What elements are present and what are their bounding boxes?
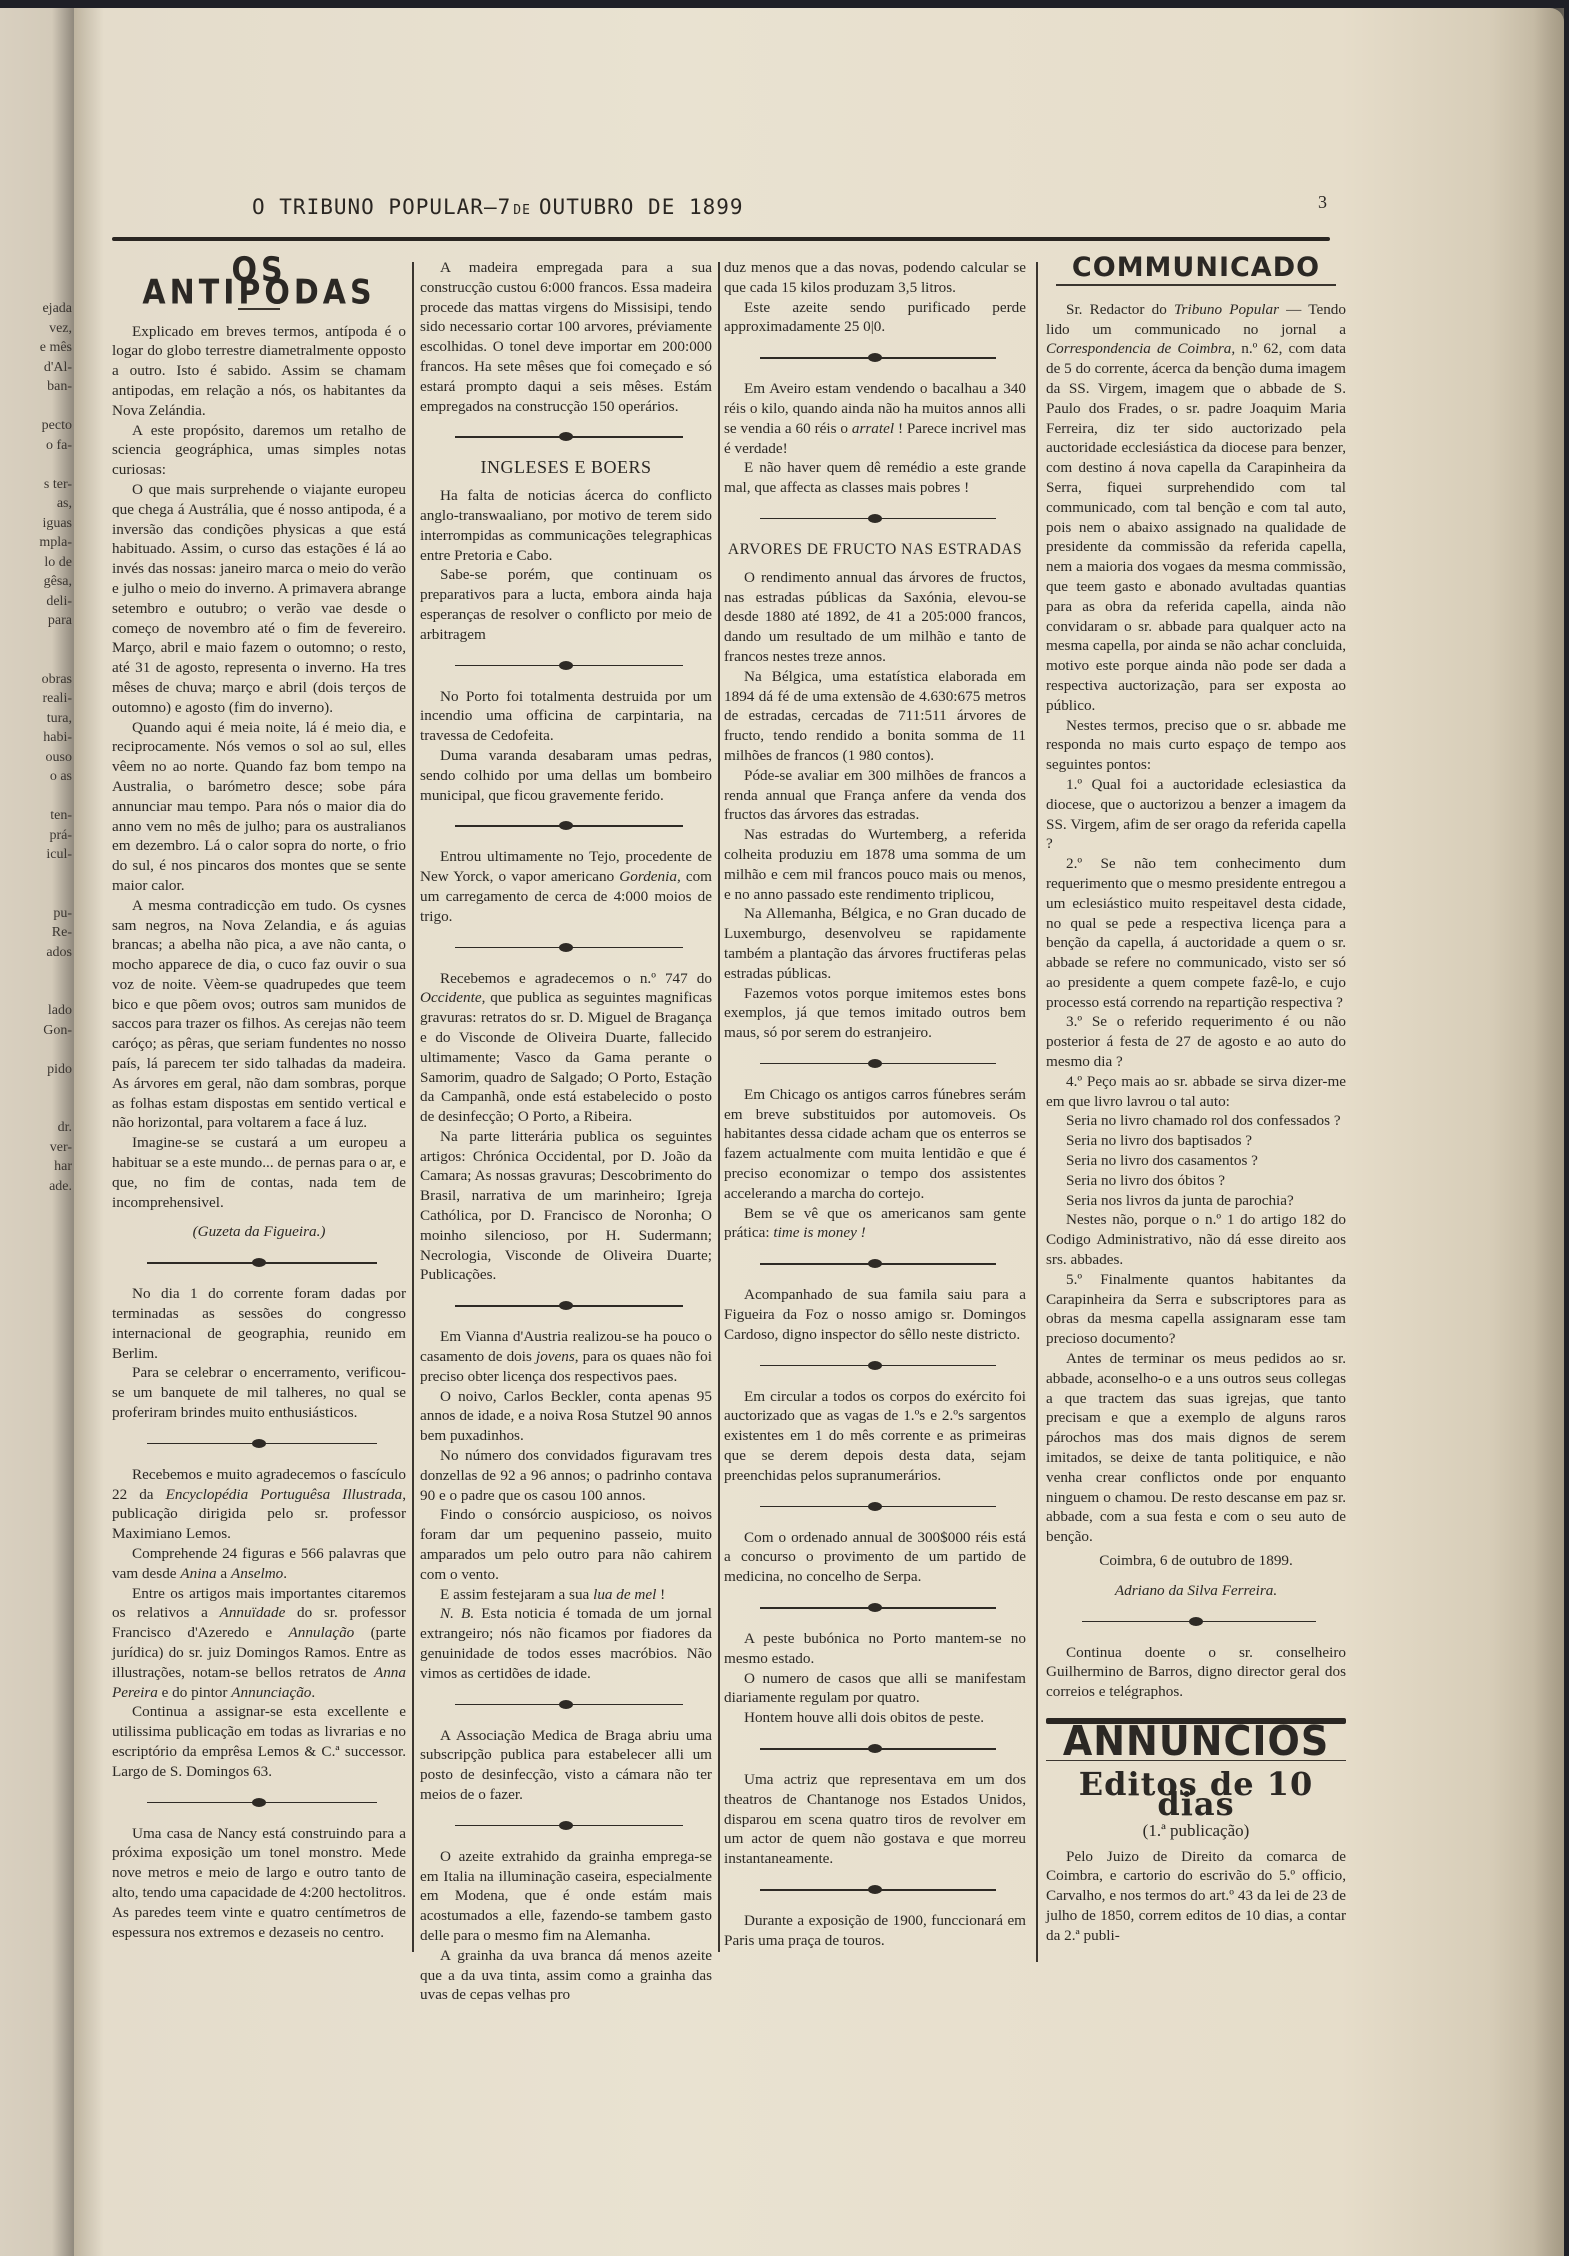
ornament-separator bbox=[112, 1433, 406, 1455]
paragraph: E assim festejaram a sua lua de mel ! bbox=[420, 1585, 712, 1605]
paragraph: 4.º Peço mais ao sr. abbade se sirva diz… bbox=[1046, 1072, 1346, 1112]
previous-page-text-fragment: as, bbox=[57, 495, 72, 513]
page-number: 3 bbox=[1318, 192, 1327, 213]
ornament-separator bbox=[724, 508, 1026, 530]
ornament-separator bbox=[420, 655, 712, 677]
ornament-separator bbox=[420, 937, 712, 959]
paragraph: 1.º Qual foi a auctoridade eclesiastica … bbox=[1046, 775, 1346, 854]
article-title-communicado: COMMUNICADO bbox=[1046, 258, 1346, 278]
previous-page-text-fragment: ade. bbox=[49, 1178, 72, 1196]
paragraph: Na Allemanha, Bélgica, e no Gran ducado … bbox=[724, 904, 1026, 983]
paragraph: Entre os artigos mais importantes citare… bbox=[112, 1584, 406, 1703]
paragraph: Em Vianna d'Austria realizou-se ha pouco… bbox=[420, 1327, 712, 1386]
letter-date: Coimbra, 6 de outubro de 1899. bbox=[1046, 1551, 1346, 1571]
column-rule bbox=[412, 262, 414, 1952]
paragraph: A peste bubónica no Porto mantem-se no m… bbox=[724, 1629, 1026, 1669]
paragraph: Em Chicago os antigos carros fúnebres se… bbox=[724, 1085, 1026, 1204]
paragraph: Hontem houve alli dois obitos de peste. bbox=[724, 1708, 1026, 1728]
previous-page-text-fragment: e mês bbox=[40, 339, 72, 357]
paragraph: Seria no livro chamado rol dos confessad… bbox=[1046, 1111, 1346, 1131]
column-3: duz menos que a das novas, podendo calcu… bbox=[724, 258, 1026, 1951]
paragraph: O azeite extrahido da grainha emprega-se… bbox=[420, 1847, 712, 1946]
previous-page-text-fragment: mpla- bbox=[39, 534, 72, 552]
ornament-separator bbox=[420, 1694, 712, 1716]
previous-page-text-fragment: d'Al- bbox=[44, 359, 72, 377]
ornament-separator bbox=[420, 1815, 712, 1837]
paragraph: Uma casa de Nancy está construindo para … bbox=[112, 1824, 406, 1943]
newspaper-title: O TRIBUNO POPULAR bbox=[252, 195, 484, 219]
masthead: O TRIBUNO POPULAR — 7 DE OUTUBRO DE 1899 bbox=[252, 195, 1312, 221]
ornament-separator bbox=[724, 1496, 1026, 1518]
paragraph: Sr. Redactor do Tribuno Popular — Tendo … bbox=[1046, 300, 1346, 716]
previous-page-text-fragment: obras bbox=[42, 671, 72, 689]
paragraph: A grainha da uva branca dá menos azeite … bbox=[420, 1946, 712, 2005]
paragraph: A Associação Medica de Braga abriu uma s… bbox=[420, 1726, 712, 1805]
page-edge-shadow bbox=[1534, 8, 1564, 2256]
paragraph: Continua a assignar-se esta excellente e… bbox=[112, 1702, 406, 1781]
paragraph: Seria no livro dos óbitos ? bbox=[1046, 1171, 1346, 1191]
ornament-separator bbox=[112, 1792, 406, 1814]
paragraph: Bem se vê que os americanos sam gente pr… bbox=[724, 1204, 1026, 1244]
ornament-separator bbox=[724, 1053, 1026, 1075]
paragraph: Para se celebrar o encerramento, verific… bbox=[112, 1363, 406, 1422]
previous-page-text-fragment: deli- bbox=[46, 593, 72, 611]
previous-page-text-fragment: ten- bbox=[50, 807, 72, 825]
paragraph: Com o ordenado annual de 300$000 réis es… bbox=[724, 1528, 1026, 1587]
ornament-separator bbox=[724, 1253, 1026, 1275]
paragraph: No número dos convidados figuravam tres … bbox=[420, 1446, 712, 1505]
previous-page-text-fragment: pu- bbox=[53, 905, 72, 923]
paragraph: Nestes não, porque o n.º 1 do artigo 182… bbox=[1046, 1210, 1346, 1269]
masthead-day-sup: DE bbox=[513, 203, 531, 218]
section-title-annuncios: ANNUNCIOS bbox=[1046, 1731, 1346, 1752]
previous-page-text-fragment: vez, bbox=[49, 320, 72, 338]
ornament-separator bbox=[420, 426, 712, 448]
paragraph: Na Bélgica, uma estatística elaborada em… bbox=[724, 667, 1026, 766]
previous-page-text-fragment: Gon- bbox=[43, 1022, 72, 1040]
paragraph: Fazemos votos porque imitemos estes bons… bbox=[724, 984, 1026, 1043]
paragraph: Recebemos e muito agradecemos o fascícul… bbox=[112, 1465, 406, 1544]
ad-title-editos: Editos de 10 dias bbox=[1046, 1775, 1346, 1815]
paragraph: O numero de casos que alli se manifestam… bbox=[724, 1669, 1026, 1709]
paragraph: Nas estradas do Wurtemberg, a referida c… bbox=[724, 825, 1026, 904]
title-rule bbox=[1056, 284, 1336, 286]
masthead-date: OUTUBRO DE 1899 bbox=[539, 195, 744, 219]
column-rule bbox=[1036, 262, 1038, 1962]
previous-page-text-fragment: icul- bbox=[46, 846, 72, 864]
masthead-day: 7 bbox=[498, 195, 512, 219]
previous-page-text-fragment: ver- bbox=[50, 1139, 72, 1157]
previous-page-text-fragment: habi- bbox=[43, 729, 72, 747]
paragraph: Entrou ultimamente no Tejo, procedente d… bbox=[420, 847, 712, 926]
paragraph: No dia 1 do corrente foram dadas por ter… bbox=[112, 1284, 406, 1363]
paragraph: Este azeite sendo purificado perde appro… bbox=[724, 298, 1026, 338]
previous-page-edge: ejadavez,e mêsd'Al-ban-pectoo fa-s ter-a… bbox=[0, 8, 74, 2256]
column-rule bbox=[718, 262, 720, 1952]
previous-page-text-fragment: prá- bbox=[49, 827, 72, 845]
previous-page-text-fragment: o as bbox=[50, 768, 72, 786]
previous-page-text-fragment: lado bbox=[48, 1002, 72, 1020]
article-title-ingleses-e-boers: INGLESES E BOERS bbox=[420, 458, 712, 478]
previous-page-text-fragment: iguas bbox=[42, 515, 72, 533]
paragraph: Seria no livro dos casamentos ? bbox=[1046, 1151, 1346, 1171]
paragraph: Comprehende 24 figuras e 566 palavras qu… bbox=[112, 1544, 406, 1584]
previous-page-text-fragment: o fa- bbox=[46, 437, 72, 455]
paragraph: Nestes termos, preciso que o sr. abbade … bbox=[1046, 716, 1346, 775]
previous-page-text-fragment: para bbox=[48, 612, 72, 630]
paragraph: Acompanhado de sua famila saiu para a Fi… bbox=[724, 1285, 1026, 1344]
letter-signature: Adriano da Silva Ferreira. bbox=[1046, 1581, 1346, 1601]
paragraph: 3.º Se o referido requerimento é ou não … bbox=[1046, 1012, 1346, 1071]
previous-page-text-fragment: lo de bbox=[44, 554, 72, 572]
paragraph: E não haver quem dê remédio a este grand… bbox=[724, 458, 1026, 498]
previous-page-text-fragment: reali- bbox=[42, 690, 72, 708]
paragraph: Em circular a todos os corpos do exércit… bbox=[724, 1387, 1026, 1486]
ornament-separator bbox=[420, 815, 712, 837]
article-source: (Guzeta da Figueira.) bbox=[112, 1222, 406, 1242]
paragraph: Seria no livro dos baptisados ? bbox=[1046, 1131, 1346, 1151]
previous-page-text-fragment: ejada bbox=[42, 300, 72, 318]
paragraph: Durante a exposição de 1900, funccionará… bbox=[724, 1911, 1026, 1951]
masthead-dash: — bbox=[484, 195, 498, 219]
paragraph: Explicado em breves termos, antípoda é o… bbox=[112, 322, 406, 421]
paragraph: 5.º Finalmente quantos habitantes da Car… bbox=[1046, 1270, 1346, 1349]
previous-page-text-fragment: dr. bbox=[58, 1119, 72, 1137]
paragraph: A mesma contradicção em tudo. Os cysnes … bbox=[112, 896, 406, 1134]
paragraph: Ha falta de noticias ácerca do conflicto… bbox=[420, 486, 712, 565]
publication-note: (1.ª publicação) bbox=[1046, 1821, 1346, 1841]
ornament-separator bbox=[420, 1295, 712, 1317]
paragraph: Continua doente o sr. conselheiro Guilhe… bbox=[1046, 1643, 1346, 1702]
previous-page-text-fragment: pecto bbox=[42, 417, 72, 435]
paragraph: Quando aqui é meia noite, lá é meio dia,… bbox=[112, 718, 406, 896]
previous-page-text-fragment: tura, bbox=[47, 710, 72, 728]
ornament-separator bbox=[1046, 1611, 1346, 1633]
paragraph: Recebemos e agradecemos o n.º 747 do Occ… bbox=[420, 969, 712, 1127]
paragraph: O rendimento annual das árvores de fruct… bbox=[724, 568, 1026, 667]
column-2: A madeira empregada para a sua construcç… bbox=[420, 258, 712, 2005]
paragraph: Seria nos livros da junta de parochia? bbox=[1046, 1191, 1346, 1211]
paragraph: 2.º Se não tem conhecimento dum requerim… bbox=[1046, 854, 1346, 1012]
previous-page-text-fragment: har bbox=[54, 1158, 72, 1176]
previous-page-text-fragment: gêsa, bbox=[44, 573, 72, 591]
paragraph: Póde-se avaliar em 300 milhões de franco… bbox=[724, 766, 1026, 825]
ornament-separator bbox=[724, 1597, 1026, 1619]
column-1: OS ANTIPODAS Explicado em breves termos,… bbox=[112, 258, 406, 1942]
ornament-separator bbox=[724, 1879, 1026, 1901]
paragraph: A madeira empregada para a sua construcç… bbox=[420, 258, 712, 416]
paragraph: O que mais surprehende o viajante europe… bbox=[112, 480, 406, 718]
previous-page-text-fragment: pido bbox=[47, 1061, 72, 1079]
header-rule bbox=[112, 237, 1330, 241]
paragraph: Antes de terminar os meus pedidos ao sr.… bbox=[1046, 1349, 1346, 1547]
paragraph: Sabe-se porém, que continuam os preparat… bbox=[420, 565, 712, 644]
ornament-separator bbox=[112, 1252, 406, 1274]
previous-page-text-fragment: ados bbox=[46, 944, 72, 962]
previous-page-text-fragment: ouso bbox=[46, 749, 72, 767]
ornament-separator bbox=[724, 1738, 1026, 1760]
previous-page-text-fragment: Re- bbox=[52, 924, 72, 942]
paragraph: No Porto foi totalmenta destruida por um… bbox=[420, 687, 712, 746]
paragraph: Uma actriz que representava em um dos th… bbox=[724, 1770, 1026, 1869]
previous-page-text-fragment: s ter- bbox=[44, 476, 72, 494]
ornament-separator bbox=[724, 347, 1026, 369]
paragraph: Pelo Juizo de Direito da comarca de Coim… bbox=[1046, 1847, 1346, 1946]
paragraph: A este propósito, daremos um retalho de … bbox=[112, 421, 406, 480]
paragraph: Findo o consórcio auspicioso, os noivos … bbox=[420, 1505, 712, 1584]
paragraph: Imagine-se se custará a um europeu a hab… bbox=[112, 1133, 406, 1212]
column-4: COMMUNICADO Sr. Redactor do Tribuno Popu… bbox=[1046, 258, 1346, 1946]
paragraph: duz menos que a das novas, podendo calcu… bbox=[724, 258, 1026, 298]
paragraph: O noivo, Carlos Beckler, conta apenas 95… bbox=[420, 1387, 712, 1446]
previous-page-text-fragment: ban- bbox=[47, 378, 72, 396]
ornament-separator bbox=[724, 1355, 1026, 1377]
article-title-arvores-de-fructo: ARVORES DE FRUCTO NAS ESTRADAS bbox=[724, 540, 1026, 560]
paragraph: Em Aveiro estam vendendo o bacalhau a 34… bbox=[724, 379, 1026, 458]
paragraph: Duma varanda desabaram umas pedras, send… bbox=[420, 746, 712, 805]
paragraph: Na parte litterária publica os seguintes… bbox=[420, 1127, 712, 1285]
article-title-antipodas: OS ANTIPODAS bbox=[112, 260, 406, 304]
paragraph: N. B. Esta noticia é tomada de um jornal… bbox=[420, 1604, 712, 1683]
